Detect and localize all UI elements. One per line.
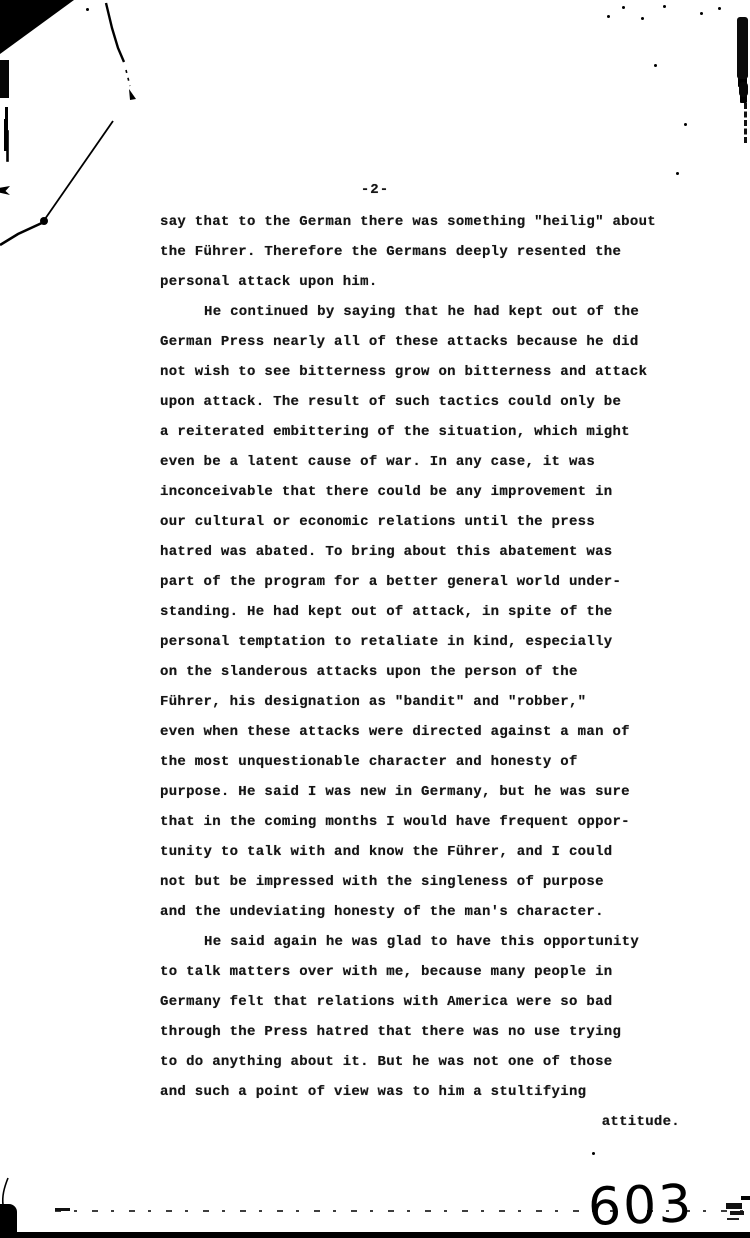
right-edge-blob	[739, 82, 748, 97]
noise-dot	[622, 6, 625, 9]
bottom-dashed-line-start	[55, 1208, 70, 1211]
paragraph-1: say that to the German there was somethi…	[160, 207, 682, 297]
noise-dot	[641, 17, 644, 20]
noise-dot	[700, 12, 703, 15]
text-line: to do anything about it. But he was not …	[160, 1047, 682, 1077]
text-line: not but be impressed with the singleness…	[160, 867, 682, 897]
noise-dot	[663, 5, 666, 8]
bottom-left-hook	[3, 1178, 8, 1205]
text-line-closing: attitude.	[160, 1107, 682, 1137]
text-line: German Press nearly all of these attacks…	[160, 327, 682, 357]
noise-dot	[607, 15, 610, 18]
crease-arrowhead	[129, 89, 136, 100]
paragraph-2: He continued by saying that he had kept …	[160, 297, 682, 927]
text-line: He said again he was glad to have this o…	[160, 927, 682, 957]
noise-dot	[654, 64, 657, 67]
text-line: and such a point of view was to him a st…	[160, 1077, 682, 1107]
text-line: through the Press hatred that there was …	[160, 1017, 682, 1047]
text-line: personal temptation to retaliate in kind…	[160, 627, 682, 657]
text-line: He continued by saying that he had kept …	[160, 297, 682, 327]
text-line: purpose. He said I was new in Germany, b…	[160, 777, 682, 807]
text-line: Germany felt that relations with America…	[160, 987, 682, 1017]
text-line: Führer, his designation as "bandit" and …	[160, 687, 682, 717]
noise-dot	[86, 8, 89, 11]
text-line: even when these attacks were directed ag…	[160, 717, 682, 747]
text-line: the Führer. Therefore the Germans deeply…	[160, 237, 682, 267]
noise-dot	[745, 1196, 748, 1199]
text-line: on the slanderous attacks upon the perso…	[160, 657, 682, 687]
text-line: the most unquestionable character and ho…	[160, 747, 682, 777]
scanned-document-page: -2- say that to the German there was som…	[0, 0, 750, 1238]
noise-dot	[592, 1152, 595, 1155]
text-line: that in the coming months I would have f…	[160, 807, 682, 837]
bottom-right-scribble	[726, 1203, 742, 1209]
crease-line-lower	[45, 121, 113, 219]
text-line: not wish to see bitterness grow on bitte…	[160, 357, 682, 387]
text-line: standing. He had kept out of attack, in …	[160, 597, 682, 627]
crease-knot	[40, 217, 48, 225]
right-edge-smudge	[737, 17, 748, 79]
handwritten-page-id: 603	[587, 1174, 694, 1238]
crease-line-upper-dots	[126, 70, 130, 86]
text-line: to talk matters over with me, because ma…	[160, 957, 682, 987]
text-line: tunity to talk with and know the Führer,…	[160, 837, 682, 867]
text-line: part of the program for a better general…	[160, 567, 682, 597]
noise-dot	[684, 123, 687, 126]
right-edge-dashed-line	[744, 103, 747, 143]
document-text: say that to the German there was somethi…	[160, 207, 682, 1137]
text-line: and the undeviating honesty of the man's…	[160, 897, 682, 927]
noise-dot	[676, 172, 679, 175]
text-line: personal attack upon him.	[160, 267, 682, 297]
paragraph-3: He said again he was glad to have this o…	[160, 927, 682, 1137]
crease-line-upper	[106, 3, 124, 62]
crease-line-lower-tail	[0, 222, 44, 245]
bottom-left-smudge	[0, 1204, 17, 1238]
left-edge-smudge	[0, 60, 9, 98]
corner-fold-artifact	[0, 0, 74, 54]
text-line: upon attack. The result of such tactics …	[160, 387, 682, 417]
text-line: hatred was abated. To bring about this a…	[160, 537, 682, 567]
text-line: a reiterated embittering of the situatio…	[160, 417, 682, 447]
page-number: -2-	[0, 182, 750, 198]
noise-dot	[718, 7, 721, 10]
text-line: inconceivable that there could be any im…	[160, 477, 682, 507]
text-line: even be a latent cause of war. In any ca…	[160, 447, 682, 477]
text-line: say that to the German there was somethi…	[160, 207, 682, 237]
text-line: our cultural or economic relations until…	[160, 507, 682, 537]
